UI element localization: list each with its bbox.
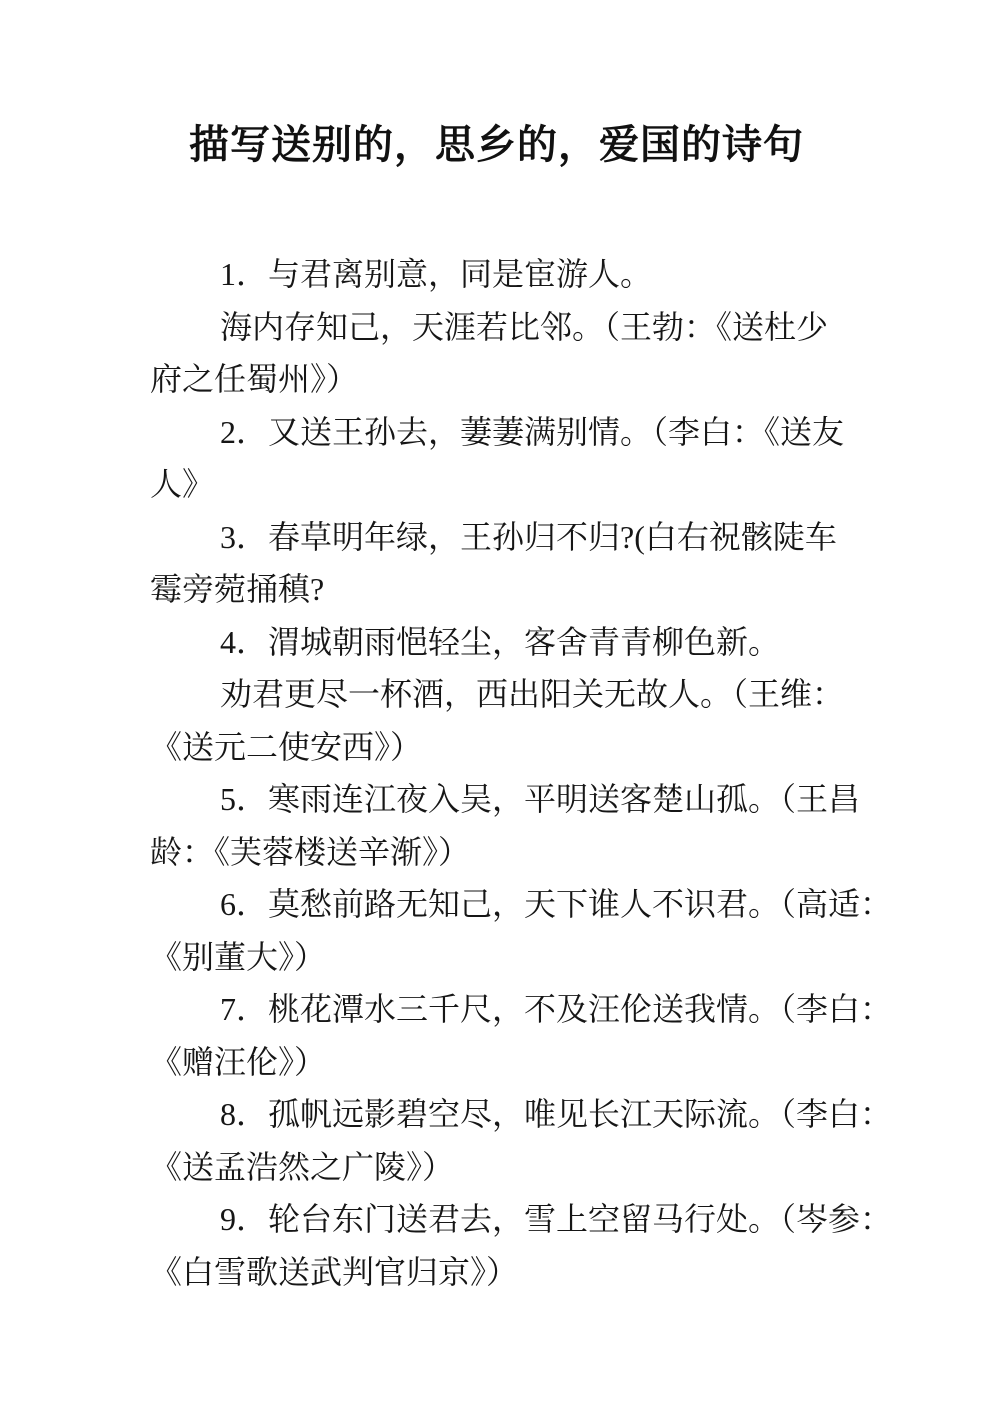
document-page: 描写送别的，思乡的，爱国的诗句 1．与君离别意，同是宦游人。 海内存知己，天涯若… — [0, 0, 993, 1404]
text-line: 4．渭城朝雨悒轻尘，客舍青青柳色新。 — [150, 616, 883, 669]
text-line: 《别董大》） — [150, 931, 883, 984]
page-title: 描写送别的，思乡的，爱国的诗句 — [0, 0, 993, 170]
text-line: 1．与君离别意，同是宦游人。 — [150, 248, 883, 301]
text-line: 《赠汪伦》） — [150, 1036, 883, 1089]
text-line: 2．又送王孙去，萋萋满别情。（李白：《送友 — [150, 406, 883, 459]
text-line: 3．春草明年绿，王孙归不归?(白右祝骸陡车 — [150, 511, 883, 564]
text-line: 9．轮台东门送君去，雪上空留马行处。（岑参： — [150, 1193, 883, 1246]
text-line: 7．桃花潭水三千尺，不及汪伦送我情。（李白： — [150, 983, 883, 1036]
text-line: 8．孤帆远影碧空尽，唯见长江天际流。（李白： — [150, 1088, 883, 1141]
text-line: 《送元二使安西》） — [150, 721, 883, 774]
text-line: 《送孟浩然之广陵》） — [150, 1141, 883, 1194]
document-body: 1．与君离别意，同是宦游人。 海内存知己，天涯若比邻。（王勃：《送杜少 府之任蜀… — [150, 248, 883, 1298]
text-line: 《白雪歌送武判官归京》） — [150, 1246, 883, 1299]
text-line: 劝君更尽一杯酒，西出阳关无故人。（王维： — [150, 668, 883, 721]
text-line: 人》 — [150, 458, 883, 511]
text-line: 府之任蜀州》） — [150, 353, 883, 406]
text-line: 龄：《芙蓉楼送辛渐》） — [150, 826, 883, 879]
text-line: 6．莫愁前路无知己，天下谁人不识君。（高适： — [150, 878, 883, 931]
text-line: 5．寒雨连江夜入吴，平明送客楚山孤。（王昌 — [150, 773, 883, 826]
text-line: 海内存知己，天涯若比邻。（王勃：《送杜少 — [150, 301, 883, 354]
text-line: 霉旁菀捅稹? — [150, 563, 883, 616]
